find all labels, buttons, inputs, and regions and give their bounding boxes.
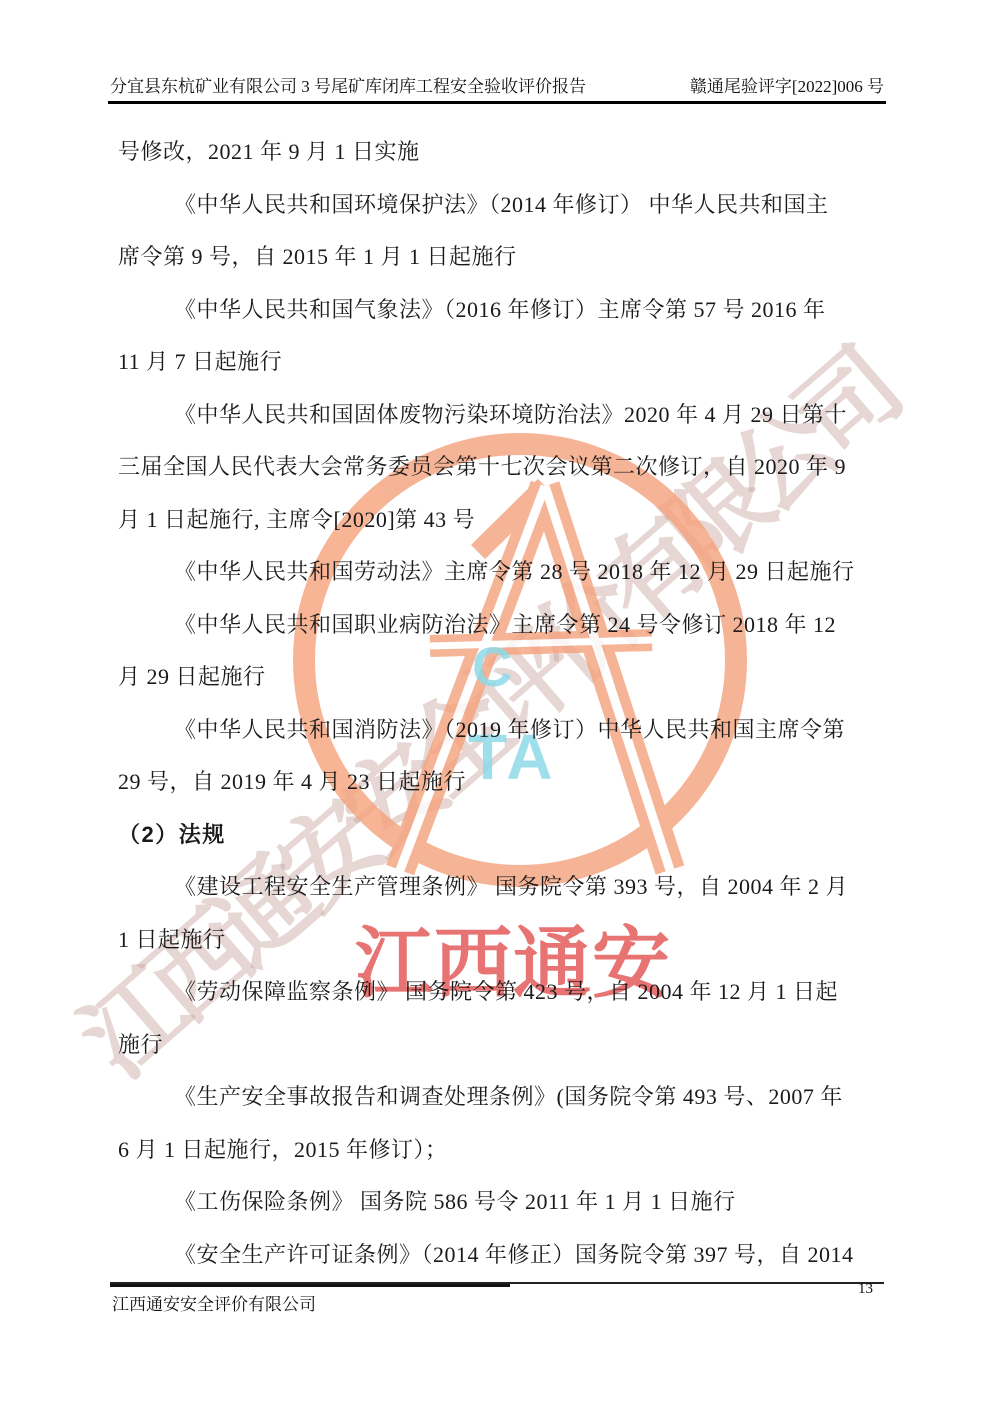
text-line: 《建设工程安全生产管理条例》 国务院令第 393 号，自 2004 年 2 月 bbox=[118, 861, 884, 914]
text-line: 11 月 7 日起施行 bbox=[118, 336, 884, 389]
header-rule bbox=[108, 101, 886, 104]
text-line: 《中华人民共和国环境保护法》（2014 年修订） 中华人民共和国主 bbox=[118, 179, 884, 232]
text-line: 《中华人民共和国固体废物污染环境防治法》2020 年 4 月 29 日第十 bbox=[118, 389, 884, 442]
text-line: 《生产安全事故报告和调查处理条例》(国务院令第 493 号、2007 年 bbox=[118, 1071, 884, 1124]
header-report-title: 分宜县东杭矿业有限公司 3 号尾矿库闭库工程安全验收评价报告 bbox=[110, 72, 586, 97]
text-line: 《中华人民共和国气象法》（2016 年修订）主席令第 57 号 2016 年 bbox=[118, 284, 884, 337]
text-line: 《安全生产许可证条例》（2014 年修正）国务院令第 397 号，自 2014 bbox=[118, 1229, 884, 1282]
text-line: 月 29 日起施行 bbox=[118, 651, 884, 704]
text-line: 月 1 日起施行, 主席令[2020]第 43 号 bbox=[118, 494, 884, 547]
text-line: 1 日起施行 bbox=[118, 914, 884, 967]
text-line: 《中华人民共和国劳动法》主席令第 28 号 2018 年 12 月 29 日起施… bbox=[118, 546, 884, 599]
text-line: 《工伤保险条例》 国务院 586 号令 2011 年 1 月 1 日施行 bbox=[118, 1176, 884, 1229]
text-line: 《中华人民共和国职业病防治法》主席令第 24 号令修订 2018 年 12 bbox=[118, 599, 884, 652]
text-line: 席令第 9 号，自 2015 年 1 月 1 日起施行 bbox=[118, 231, 884, 284]
footer-company: 江西通安安全评价有限公司 bbox=[112, 1290, 316, 1315]
text-line: 29 号，自 2019 年 4 月 23 日起施行 bbox=[118, 756, 884, 809]
page-header: 分宜县东杭矿业有限公司 3 号尾矿库闭库工程安全验收评价报告 赣通尾验评字[20… bbox=[110, 72, 884, 97]
header-doc-number: 赣通尾验评字[2022]006 号 bbox=[690, 72, 884, 97]
document-body: 号修改，2021 年 9 月 1 日实施《中华人民共和国环境保护法》（2014 … bbox=[118, 126, 884, 1281]
document-page: 江西通安安全评价有限公司 C TA 江西通安 分宜县东杭矿业有限公司 3 号尾矿… bbox=[0, 0, 992, 1403]
footer-rule-thick bbox=[110, 1284, 510, 1287]
text-line: 《中华人民共和国消防法》（2019 年修订）中华人民共和国主席令第 bbox=[118, 704, 884, 757]
text-line: 施行 bbox=[118, 1019, 884, 1072]
text-line: （2）法规 bbox=[118, 809, 884, 862]
text-line: 6 月 1 日起施行，2015 年修订）； bbox=[118, 1124, 884, 1177]
footer-page-number: 13 bbox=[858, 1281, 873, 1298]
text-line: 《劳动保障监察条例》 国务院令第 423 号，自 2004 年 12 月 1 日… bbox=[118, 966, 884, 1019]
text-line: 三届全国人民代表大会常务委员会第十七次会议第二次修订，自 2020 年 9 bbox=[118, 441, 884, 494]
text-line: 号修改，2021 年 9 月 1 日实施 bbox=[118, 126, 884, 179]
